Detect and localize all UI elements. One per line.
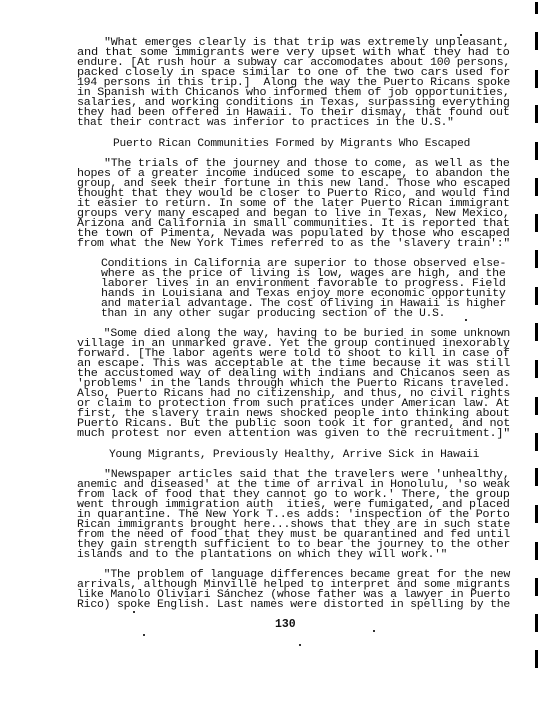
page-number: 130 bbox=[275, 618, 296, 631]
text-line: than in any other sugar producing sectio… bbox=[101, 309, 445, 319]
text-line: islands and to the plantations on which … bbox=[77, 550, 447, 560]
section-heading-communities: Puerto Rican Communities Formed by Migra… bbox=[113, 139, 470, 149]
document-page: "What emerges clearly is that trip was e… bbox=[0, 0, 551, 710]
scan-speck bbox=[133, 611, 135, 613]
scan-speck bbox=[460, 34, 462, 36]
text-line: that their contract was inferior to prac… bbox=[77, 118, 454, 128]
section-heading-young-migrants: Young Migrants, Previously Healthy, Arri… bbox=[109, 450, 479, 460]
scan-speck bbox=[373, 630, 375, 632]
text-line: from what the New York Times referred to… bbox=[77, 239, 510, 249]
scan-speck bbox=[143, 634, 145, 636]
text-line: much protest nor even attention was give… bbox=[77, 429, 510, 439]
scan-speck bbox=[465, 319, 467, 321]
text-line: Rico) spoke English. Last names were dis… bbox=[77, 600, 510, 610]
scan-speck bbox=[299, 644, 301, 646]
